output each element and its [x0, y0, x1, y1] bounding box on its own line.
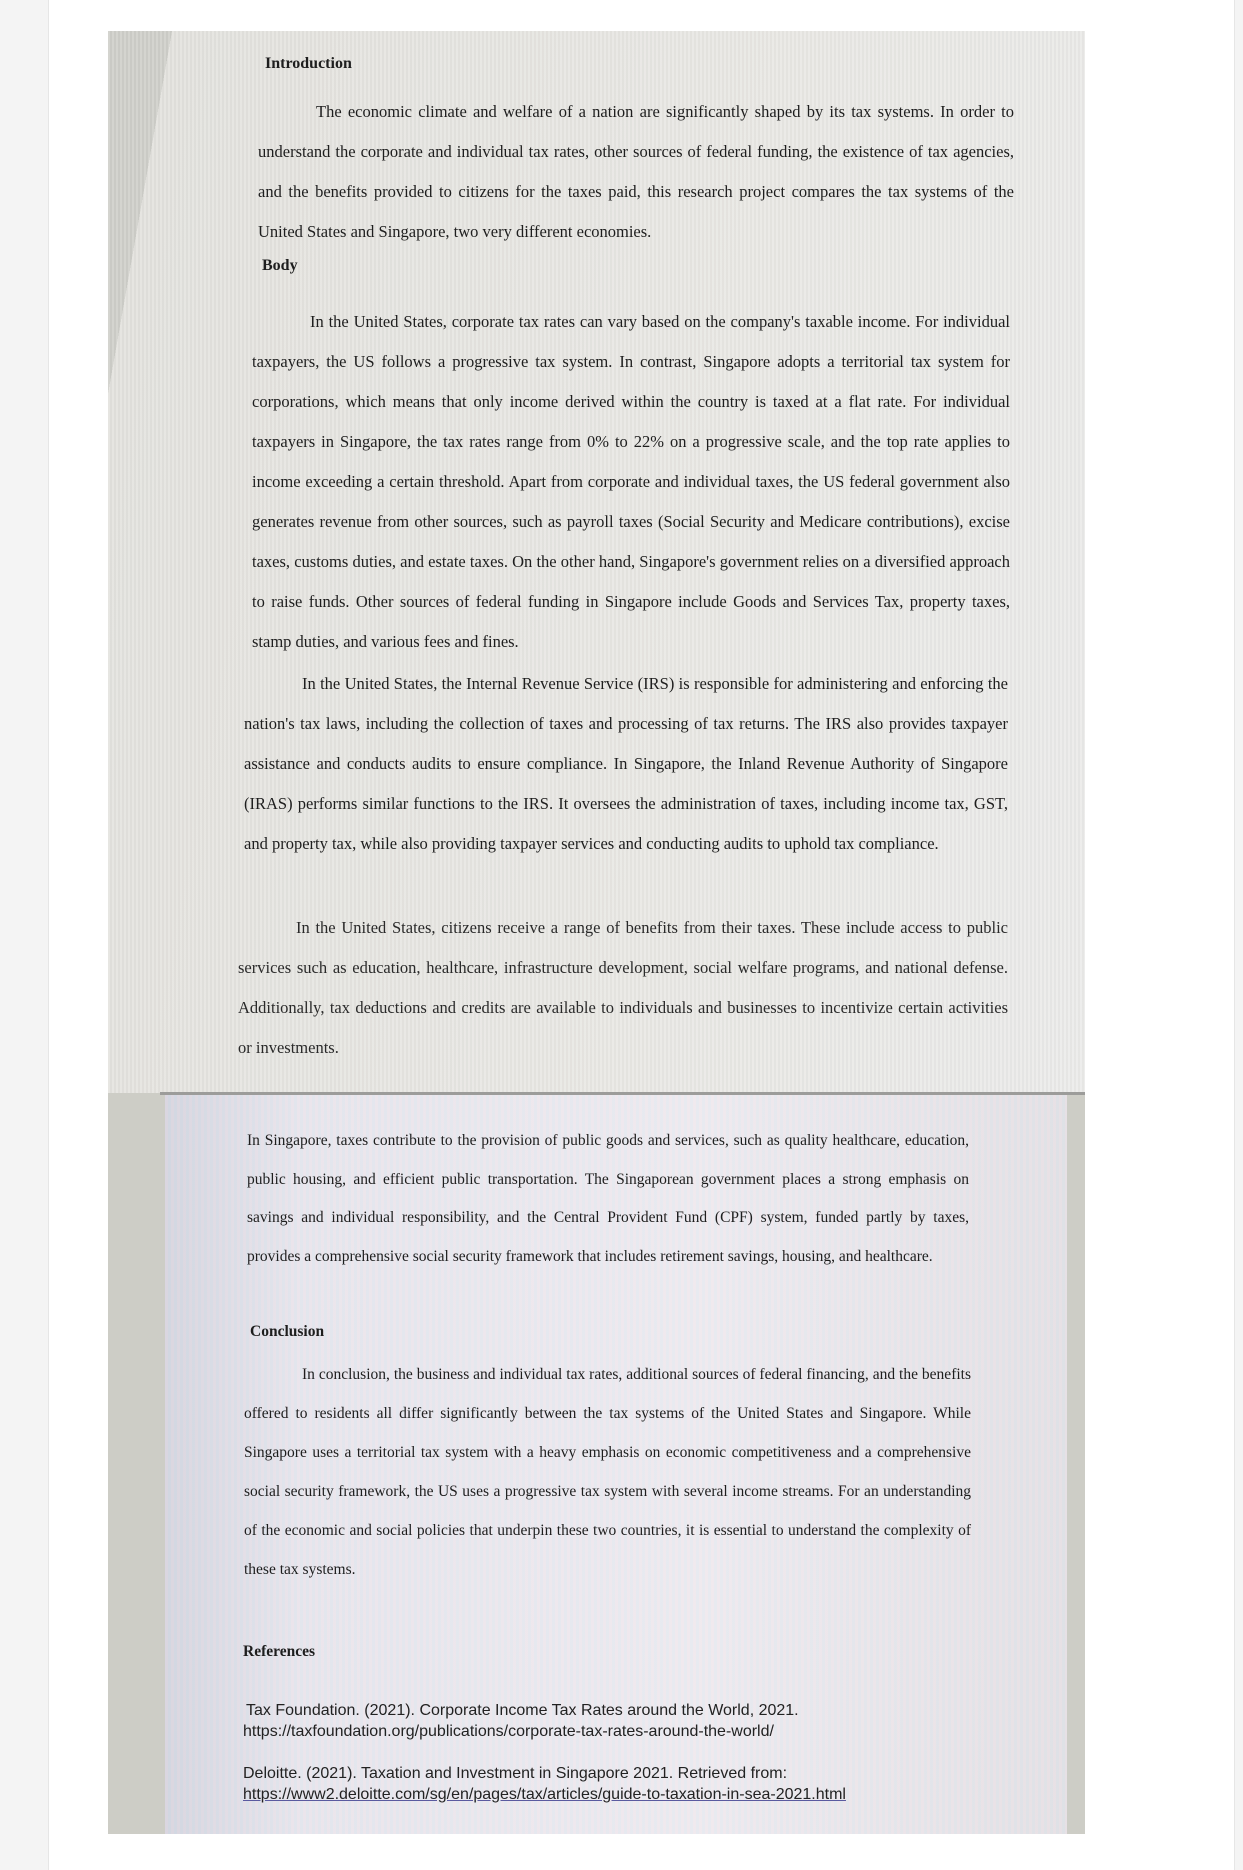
conclusion-heading: Conclusion: [250, 1323, 324, 1341]
reference-1-citation: Tax Foundation. (2021). Corporate Income…: [243, 1700, 799, 1721]
body-paragraph-1: In the United States, corporate tax rate…: [252, 302, 1010, 662]
reference-1: Tax Foundation. (2021). Corporate Income…: [243, 1700, 799, 1742]
reference-1-url[interactable]: https://taxfoundation.org/publications/c…: [243, 1721, 799, 1742]
introduction-heading: Introduction: [265, 55, 352, 73]
body-paragraph-4: In Singapore, taxes contribute to the pr…: [247, 1122, 969, 1276]
reference-2-url[interactable]: https://www2.deloitte.com/sg/en/pages/ta…: [243, 1784, 846, 1805]
photo-seam-divider: [160, 1092, 1085, 1095]
reference-2: Deloitte. (2021). Taxation and Investmen…: [243, 1763, 846, 1805]
body-heading: Body: [262, 257, 298, 275]
body-paragraph-2: In the United States, the Internal Reven…: [244, 664, 1008, 864]
references-heading: References: [243, 1643, 315, 1661]
body-paragraph-3: In the United States, citizens receive a…: [238, 908, 1008, 1068]
reference-2-citation: Deloitte. (2021). Taxation and Investmen…: [243, 1763, 846, 1784]
conclusion-paragraph: In conclusion, the business and individu…: [244, 1355, 971, 1589]
introduction-paragraph: The economic climate and welfare of a na…: [258, 92, 1014, 252]
